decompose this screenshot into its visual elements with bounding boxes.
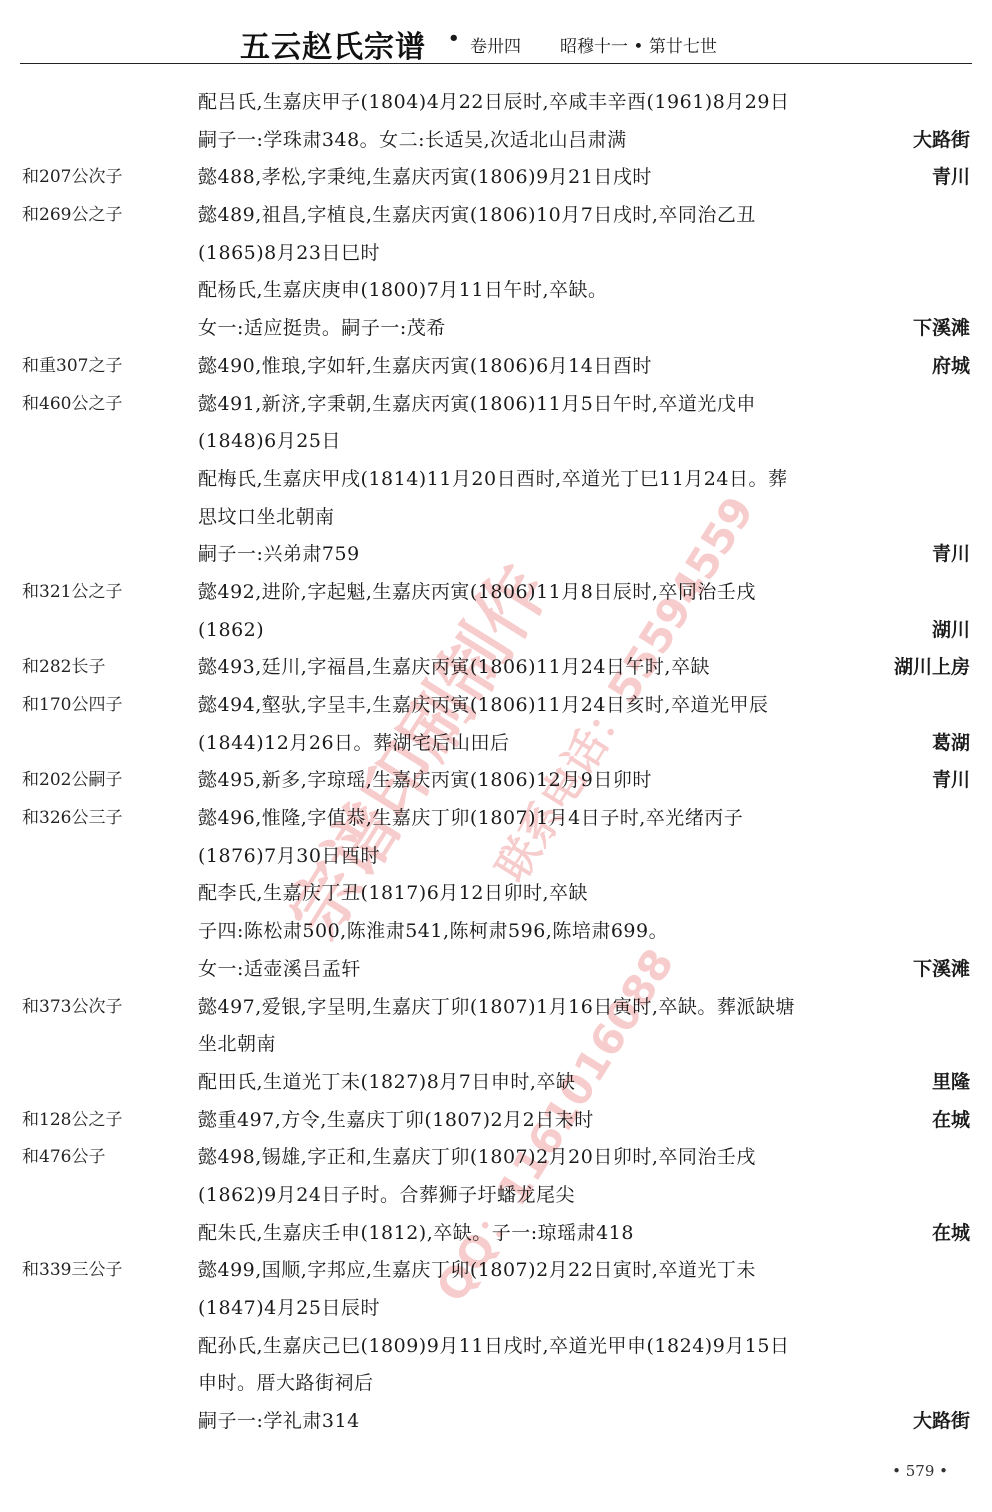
entry-text: (1844)12月26日。葬湖宅后山田后 bbox=[198, 725, 970, 763]
entry-text: (1848)6月25日 bbox=[198, 423, 970, 461]
entry-line: 和170公四子懿494,壑驮,字呈丰,生嘉庆丙寅(1806)11月24日亥时,卒… bbox=[0, 687, 992, 725]
entry-text: 懿495,新多,字琼瑶,生嘉庆丙寅(1806)12月9日卯时 bbox=[198, 762, 970, 800]
entry-line: 和重307之子懿490,惟琅,字如轩,生嘉庆丙寅(1806)6月14日酉时府城 bbox=[0, 348, 992, 386]
residence-place: 里隆 bbox=[932, 1064, 970, 1102]
residence-place: 下溪滩 bbox=[913, 951, 970, 989]
entry-line: 配吕氏,生嘉庆甲子(1804)4月22日辰时,卒咸丰辛酉(1961)8月29日 bbox=[0, 84, 992, 122]
header-divider bbox=[20, 63, 972, 64]
entry-text: 坐北朝南 bbox=[198, 1026, 970, 1064]
entry-line: 和202公嗣子懿495,新多,字琼瑶,生嘉庆丙寅(1806)12月9日卯时青川 bbox=[0, 762, 992, 800]
entry-text: 嗣子一:学礼肃314 bbox=[198, 1403, 970, 1441]
entry-line: 思坟口坐北朝南 bbox=[0, 499, 992, 537]
entry-text: 嗣子一:兴弟肃759 bbox=[198, 536, 970, 574]
residence-place: 青川 bbox=[932, 159, 970, 197]
entry-text: 懿重497,方令,生嘉庆丁卯(1807)2月2日未时 bbox=[198, 1102, 970, 1140]
page-header: 五云赵氏宗谱 • 卷卅四 昭穆十一 • 第廿七世 bbox=[0, 18, 992, 62]
residence-place: 湖川上房 bbox=[894, 649, 970, 687]
entry-text: 配孙氏,生嘉庆己巳(1809)9月11日戌时,卒道光甲申(1824)9月15日 bbox=[198, 1328, 970, 1366]
lineage-note: 和326公三子 bbox=[22, 800, 192, 838]
lineage-note: 和170公四子 bbox=[22, 687, 192, 725]
residence-place: 大路街 bbox=[913, 1403, 970, 1441]
entry-line: 和339三公子懿499,国顺,字邦应,生嘉庆丁卯(1807)2月22日寅时,卒道… bbox=[0, 1252, 992, 1290]
residence-place: 在城 bbox=[932, 1215, 970, 1253]
entry-line: (1876)7月30日酉时 bbox=[0, 838, 992, 876]
genealogy-entries: 配吕氏,生嘉庆甲子(1804)4月22日辰时,卒咸丰辛酉(1961)8月29日嗣… bbox=[0, 84, 992, 1441]
lineage-note: 和202公嗣子 bbox=[22, 762, 192, 800]
lineage-note: 和282长子 bbox=[22, 649, 192, 687]
entry-text: 配朱氏,生嘉庆壬申(1812),卒缺。子一:琼瑶肃418 bbox=[198, 1215, 970, 1253]
entry-text: 配田氏,生道光丁未(1827)8月7日申时,卒缺 bbox=[198, 1064, 970, 1102]
entry-line: (1848)6月25日 bbox=[0, 423, 992, 461]
entry-line: 和476公子懿498,锡雄,字正和,生嘉庆丁卯(1807)2月20日卯时,卒同治… bbox=[0, 1139, 992, 1177]
entry-line: 女一:适壶溪吕孟轩下溪滩 bbox=[0, 951, 992, 989]
entry-text: (1847)4月25日辰时 bbox=[198, 1290, 970, 1328]
title-separator: • bbox=[448, 28, 460, 49]
book-title: 五云赵氏宗谱 bbox=[240, 22, 426, 66]
entry-text: (1865)8月23日巳时 bbox=[198, 235, 970, 273]
entry-text: 思坟口坐北朝南 bbox=[198, 499, 970, 537]
entry-text: 女一:适应挺贵。嗣子一:茂希 bbox=[198, 310, 970, 348]
entry-text: 懿491,新济,字秉朝,生嘉庆丙寅(1806)11月5日午时,卒道光戊申 bbox=[198, 386, 970, 424]
entry-line: 和128公之子懿重497,方令,生嘉庆丁卯(1807)2月2日未时在城 bbox=[0, 1102, 992, 1140]
entry-text: 配吕氏,生嘉庆甲子(1804)4月22日辰时,卒咸丰辛酉(1961)8月29日 bbox=[198, 84, 970, 122]
entry-text: 懿493,廷川,字福昌,生嘉庆丙寅(1806)11月24日午时,卒缺 bbox=[198, 649, 970, 687]
page-number: • 579 • bbox=[892, 1462, 948, 1480]
entry-line: 嗣子一:学礼肃314大路街 bbox=[0, 1403, 992, 1441]
entry-line: 配杨氏,生嘉庆庚申(1800)7月11日午时,卒缺。 bbox=[0, 272, 992, 310]
entry-line: (1862)湖川 bbox=[0, 612, 992, 650]
entry-text: 女一:适壶溪吕孟轩 bbox=[198, 951, 970, 989]
entry-text: 配梅氏,生嘉庆甲戌(1814)11月20日酉时,卒道光丁巳11月24日。葬 bbox=[198, 461, 970, 499]
entry-line: 配田氏,生道光丁未(1827)8月7日申时,卒缺里隆 bbox=[0, 1064, 992, 1102]
residence-place: 在城 bbox=[932, 1102, 970, 1140]
entry-line: 子四:陈松肃500,陈淮肃541,陈柯肃596,陈培肃699。 bbox=[0, 913, 992, 951]
residence-place: 青川 bbox=[932, 536, 970, 574]
volume-label: 卷卅四 bbox=[470, 32, 521, 57]
entry-text: 懿490,惟琅,字如轩,生嘉庆丙寅(1806)6月14日酉时 bbox=[198, 348, 970, 386]
entry-line: (1865)8月23日巳时 bbox=[0, 235, 992, 273]
lineage-note: 和207公次子 bbox=[22, 159, 192, 197]
entry-line: (1844)12月26日。葬湖宅后山田后葛湖 bbox=[0, 725, 992, 763]
lineage-note: 和269公之子 bbox=[22, 197, 192, 235]
residence-place: 青川 bbox=[932, 762, 970, 800]
entry-text: 懿494,壑驮,字呈丰,生嘉庆丙寅(1806)11月24日亥时,卒道光甲辰 bbox=[198, 687, 970, 725]
entry-text: 懿498,锡雄,字正和,生嘉庆丁卯(1807)2月20日卯时,卒同治壬戌 bbox=[198, 1139, 970, 1177]
entry-line: 和321公之子懿492,进阶,字起魁,生嘉庆丙寅(1806)11月8日辰时,卒同… bbox=[0, 574, 992, 612]
residence-place: 下溪滩 bbox=[913, 310, 970, 348]
entry-text: 懿497,爱银,字呈明,生嘉庆丁卯(1807)1月16日寅时,卒缺。葬派缺塘 bbox=[198, 989, 970, 1027]
entry-line: 和373公次子懿497,爱银,字呈明,生嘉庆丁卯(1807)1月16日寅时,卒缺… bbox=[0, 989, 992, 1027]
residence-place: 湖川 bbox=[932, 612, 970, 650]
entry-line: 和282长子懿493,廷川,字福昌,生嘉庆丙寅(1806)11月24日午时,卒缺… bbox=[0, 649, 992, 687]
entry-text: 懿496,惟隆,字值恭,生嘉庆丁卯(1807)1月4日子时,卒光绪丙子 bbox=[198, 800, 970, 838]
entry-text: 懿499,国顺,字邦应,生嘉庆丁卯(1807)2月22日寅时,卒道光丁未 bbox=[198, 1252, 970, 1290]
lineage-note: 和476公子 bbox=[22, 1139, 192, 1177]
entry-text: 懿488,孝松,字秉纯,生嘉庆丙寅(1806)9月21日戌时 bbox=[198, 159, 970, 197]
entry-line: 配梅氏,生嘉庆甲戌(1814)11月20日酉时,卒道光丁巳11月24日。葬 bbox=[0, 461, 992, 499]
entry-text: 配杨氏,生嘉庆庚申(1800)7月11日午时,卒缺。 bbox=[198, 272, 970, 310]
entry-line: 配李氏,生嘉庆丁丑(1817)6月12日卯时,卒缺 bbox=[0, 875, 992, 913]
entry-text: (1876)7月30日酉时 bbox=[198, 838, 970, 876]
entry-line: (1847)4月25日辰时 bbox=[0, 1290, 992, 1328]
lineage-note: 和460公之子 bbox=[22, 386, 192, 424]
entry-line: 和269公之子懿489,祖昌,字植良,生嘉庆丙寅(1806)10月7日戌时,卒同… bbox=[0, 197, 992, 235]
entry-line: 女一:适应挺贵。嗣子一:茂希下溪滩 bbox=[0, 310, 992, 348]
residence-place: 葛湖 bbox=[932, 725, 970, 763]
entry-text: (1862)9月24日子时。合葬狮子圩蟠龙尾尖 bbox=[198, 1177, 970, 1215]
entry-text: 懿489,祖昌,字植良,生嘉庆丙寅(1806)10月7日戌时,卒同治乙丑 bbox=[198, 197, 970, 235]
entry-line: 申时。厝大路街祠后 bbox=[0, 1365, 992, 1403]
entry-line: 和326公三子懿496,惟隆,字值恭,生嘉庆丁卯(1807)1月4日子时,卒光绪… bbox=[0, 800, 992, 838]
entry-line: 嗣子一:学珠肃348。女二:长适吴,次适北山吕肃满大路街 bbox=[0, 122, 992, 160]
entry-line: 嗣子一:兴弟肃759青川 bbox=[0, 536, 992, 574]
residence-place: 府城 bbox=[932, 348, 970, 386]
entry-line: 配朱氏,生嘉庆壬申(1812),卒缺。子一:琼瑶肃418在城 bbox=[0, 1215, 992, 1253]
lineage-note: 和373公次子 bbox=[22, 989, 192, 1027]
entry-text: (1862) bbox=[198, 612, 970, 650]
entry-text: 子四:陈松肃500,陈淮肃541,陈柯肃596,陈培肃699。 bbox=[198, 913, 970, 951]
entry-line: 和460公之子懿491,新济,字秉朝,生嘉庆丙寅(1806)11月5日午时,卒道… bbox=[0, 386, 992, 424]
entry-line: 配孙氏,生嘉庆己巳(1809)9月11日戌时,卒道光甲申(1824)9月15日 bbox=[0, 1328, 992, 1366]
entry-line: (1862)9月24日子时。合葬狮子圩蟠龙尾尖 bbox=[0, 1177, 992, 1215]
lineage-note: 和重307之子 bbox=[22, 348, 192, 386]
entry-text: 配李氏,生嘉庆丁丑(1817)6月12日卯时,卒缺 bbox=[198, 875, 970, 913]
entry-line: 坐北朝南 bbox=[0, 1026, 992, 1064]
lineage-note: 和128公之子 bbox=[22, 1102, 192, 1140]
entry-line: 和207公次子懿488,孝松,字秉纯,生嘉庆丙寅(1806)9月21日戌时青川 bbox=[0, 159, 992, 197]
entry-text: 申时。厝大路街祠后 bbox=[198, 1365, 970, 1403]
generation-label: 昭穆十一 • 第廿七世 bbox=[560, 32, 717, 57]
lineage-note: 和321公之子 bbox=[22, 574, 192, 612]
entry-text: 嗣子一:学珠肃348。女二:长适吴,次适北山吕肃满 bbox=[198, 122, 970, 160]
residence-place: 大路街 bbox=[913, 122, 970, 160]
lineage-note: 和339三公子 bbox=[22, 1252, 192, 1290]
entry-text: 懿492,进阶,字起魁,生嘉庆丙寅(1806)11月8日辰时,卒同治壬戌 bbox=[198, 574, 970, 612]
